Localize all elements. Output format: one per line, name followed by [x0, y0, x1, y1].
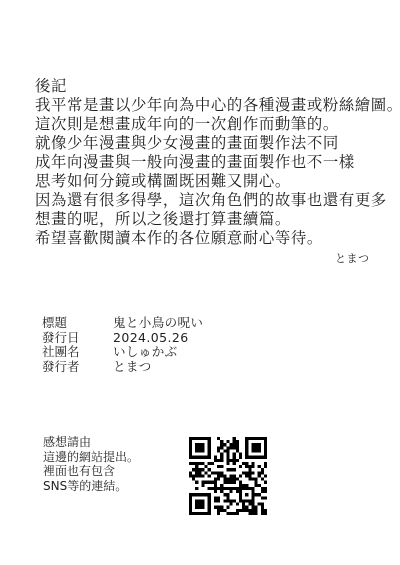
feedback-line: 感想請由 [43, 435, 139, 450]
qr-code-graphic [189, 437, 267, 515]
colophon-value: いしゅかぶ [113, 345, 178, 360]
author-signature: とまつ [335, 250, 370, 266]
afterword-section: 後記 我平常是畫以少年向為中心的各種漫畫或粉絲繪圖。 這次則是想畫成年向的一次創… [35, 77, 395, 248]
colophon-label: 標題 [42, 316, 113, 331]
afterword-line: 這次則是想畫成年向的一次創作而動筆的。 [35, 115, 395, 134]
afterword-title: 後記 [35, 77, 395, 96]
afterword-line: 成年向漫畫與一般向漫畫的畫面製作也不一樣 [35, 153, 395, 172]
colophon-value: 2024.05.26 [113, 331, 189, 346]
colophon-table: 標題鬼と小鳥の呪い 發行日2024.05.26 社團名いしゅかぶ 發行者とまつ [42, 316, 203, 374]
afterword-line: 希望喜歡閱讀本作的各位願意耐心等待。 [35, 229, 395, 248]
colophon-row-date: 發行日2024.05.26 [42, 331, 203, 346]
afterword-line: 就像少年漫畫與少女漫畫的畫面製作法不同 [35, 134, 395, 153]
feedback-line: SNS等的連結。 [43, 479, 139, 494]
feedback-line: 這邊的網站提出。 [43, 450, 139, 465]
afterword-line: 我平常是畫以少年向為中心的各種漫畫或粉絲繪圖。 [35, 96, 395, 115]
feedback-note: 感想請由 這邊的網站提出。 裡面也有包含 SNS等的連結。 [43, 435, 139, 493]
colophon-label: 社團名 [42, 345, 113, 360]
colophon-row-circle: 社團名いしゅかぶ [42, 345, 203, 360]
colophon-value: 鬼と小鳥の呪い [113, 316, 203, 331]
feedback-line: 裡面也有包含 [43, 464, 139, 479]
colophon-value: とまつ [113, 360, 152, 375]
colophon-label: 發行日 [42, 331, 113, 346]
afterword-line: 因為還有很多得學，這次角色們的故事也還有更多 [35, 191, 395, 210]
afterword-line: 思考如何分鏡或構圖既困難又開心。 [35, 172, 395, 191]
colophon-row-publisher: 發行者とまつ [42, 360, 203, 375]
colophon-label: 發行者 [42, 360, 113, 375]
colophon-row-title: 標題鬼と小鳥の呪い [42, 316, 203, 331]
qr-code-icon[interactable] [189, 437, 267, 515]
afterword-line: 想畫的呢，所以之後還打算畫續篇。 [35, 210, 395, 229]
